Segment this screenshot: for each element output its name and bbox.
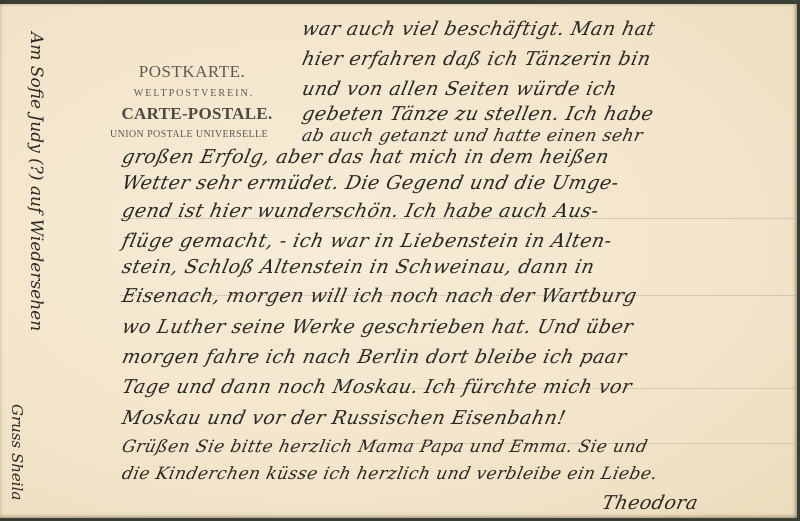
handwriting-line: flüge gemacht, - ich war in Liebenstein … — [120, 230, 614, 252]
handwriting-line: Eisenach, morgen will ich noch nach der … — [120, 285, 639, 307]
handwriting-line: Tage und dann noch Moskau. Ich fürchte m… — [120, 376, 634, 398]
handwriting-line: Moskau und vor der Russischen Eisenbahn! — [120, 407, 568, 429]
handwriting-line: gebeten Tänze zu stellen. Ich habe — [300, 103, 656, 125]
printed-subtitle-fr: UNION POSTALE UNIVERSELLE — [84, 129, 294, 140]
handwriting-line: gend ist hier wunderschön. Ich habe auch… — [120, 200, 601, 222]
handwriting-line: hier erfahren daß ich Tänzerin bin — [300, 48, 653, 70]
postcard: POSTKARTE. WELTPOSTVEREIN. CARTE-POSTALE… — [0, 4, 797, 518]
handwriting-line: wo Luther seine Werke geschrieben hat. U… — [120, 316, 635, 338]
printed-subtitle-de: WELTPOSTVEREIN. — [108, 88, 280, 99]
printed-title-fr: CARTE-POSTALE. — [104, 104, 290, 124]
handwriting-line: stein, Schloß Altenstein in Schweinau, d… — [120, 256, 597, 278]
handwriting-line: Grüßen Sie bitte herzlich Mama Papa und … — [120, 437, 650, 457]
margin-note-lower: Gruss Sheila — [8, 404, 26, 500]
handwriting-line: großen Erfolg, aber das hat mich in dem … — [120, 146, 611, 168]
printed-title: POSTKARTE. — [112, 62, 272, 82]
signature: Theodora — [600, 492, 700, 514]
margin-note: Am Sofie Judy (?) auf Wiedersehen — [26, 32, 46, 331]
handwriting-line: die Kinderchen küsse ich herzlich und ve… — [120, 464, 660, 484]
handwriting-line: morgen fahre ich nach Berlin dort bleibe… — [120, 346, 629, 368]
handwriting-line: ab auch getanzt und hatte einen sehr — [300, 126, 645, 146]
handwriting-line: Wetter sehr ermüdet. Die Gegend und die … — [120, 172, 621, 194]
handwriting-line: und von allen Seiten würde ich — [300, 78, 619, 100]
handwriting-line: war auch viel beschäftigt. Man hat — [300, 18, 657, 40]
